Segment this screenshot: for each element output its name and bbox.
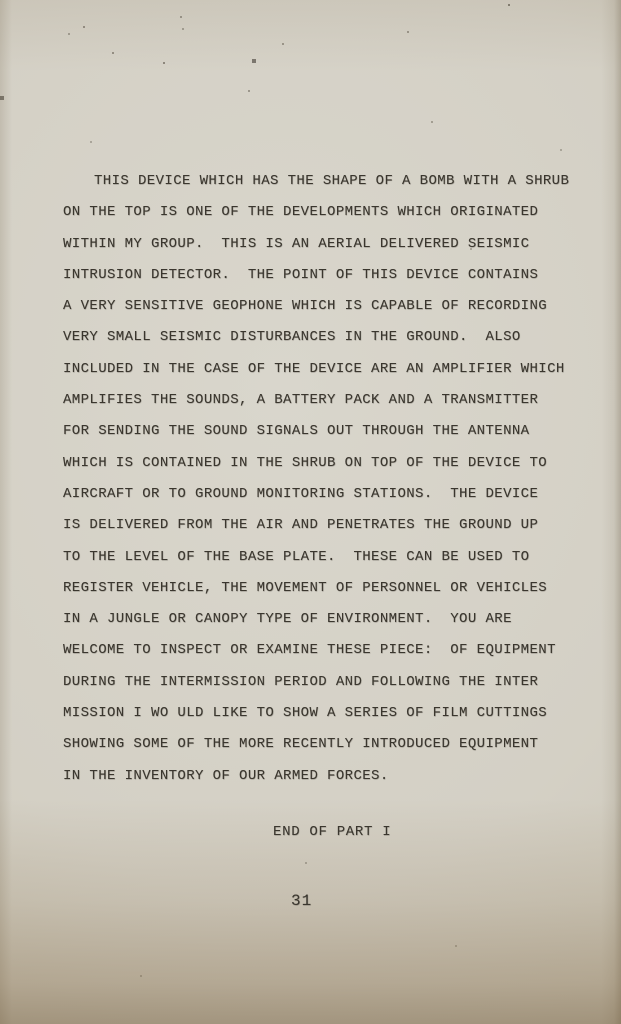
- page-number: 31: [291, 892, 312, 910]
- end-of-part-label: END OF PART I: [273, 824, 391, 840]
- paper-specks: [0, 0, 2, 2]
- scanned-document-page: THIS DEVICE WHICH HAS THE SHAPE OF A BOM…: [0, 0, 621, 1024]
- typewritten-paragraph: THIS DEVICE WHICH HAS THE SHAPE OF A BOM…: [63, 166, 583, 792]
